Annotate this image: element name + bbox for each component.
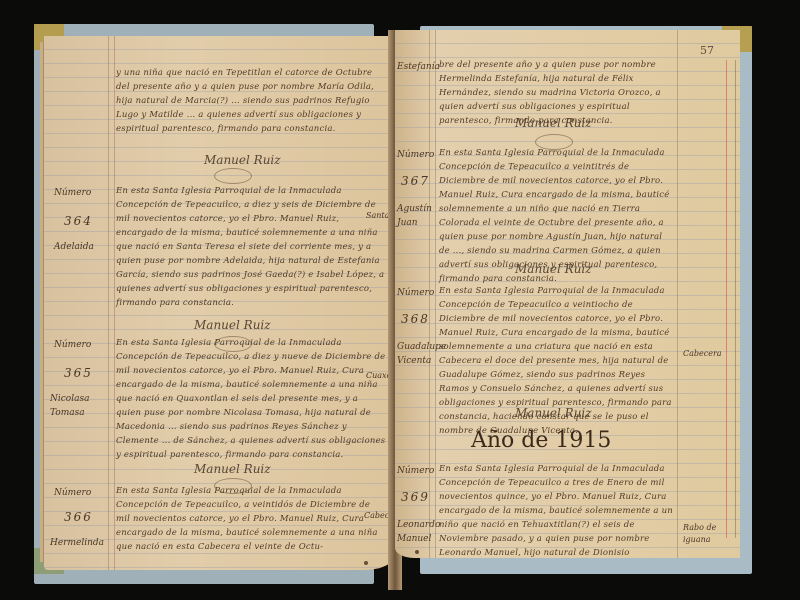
priest-signature: Manuel Ruiz [515,116,592,130]
priest-signature: Manuel Ruiz [194,462,271,476]
margin-rule [435,30,436,558]
baptized-name: Hermelinda [50,536,104,550]
entry-text: En esta Santa Iglesia Parroquial de la I… [116,484,386,554]
entry-number: 365 [64,366,93,380]
priest-signature: Manuel Ruiz [515,262,592,276]
side-note-place: Rabo de iguana [683,522,723,546]
entry-label: Número [397,464,434,478]
priest-signature: Manuel Ruiz [194,318,271,332]
entry-number: 364 [64,214,93,228]
entry-label: Número [54,186,91,200]
entry-label: Número [54,338,91,352]
page-mark [415,550,419,554]
baptized-name: Estefanía [397,60,440,74]
baptized-name: Leonardo Manuel [397,518,431,546]
year-heading: Año de 1915 [471,428,611,453]
page-edge-rule [726,60,736,538]
right-page: 57 Estefanía bre del presente año y a qu… [395,30,740,558]
baptized-name: Nicolasa Tomasa [50,392,108,420]
entry-number: 367 [401,174,430,188]
margin-rule [677,30,678,558]
entry-label: Número [397,286,434,300]
entry-text: En esta Santa Iglesia Parroquial de la I… [116,336,386,462]
entry-label: Número [54,486,91,500]
baptized-name: Guadalupe Vicenta [397,340,431,368]
side-note-place: Cabecera [683,348,722,360]
page-mark [364,561,368,565]
entry-number: 366 [64,510,93,524]
margin-rule [108,36,109,570]
entry-number: 369 [401,490,430,504]
entry-number: 368 [401,312,430,326]
baptized-name: Adelaida [54,240,94,254]
baptized-name: Agustín Juan [397,202,431,230]
entry-label: Número [397,148,434,162]
entry-text: En esta Santa Iglesia Parroquial de la I… [116,184,386,310]
page-number: 57 [700,44,714,57]
signature-flourish [214,168,252,184]
left-page: y una niña que nació en Tepetitlan el ca… [44,36,394,570]
priest-signature: Manuel Ruiz [204,153,281,167]
entry-continuation-text: y una niña que nació en Tepetitlan el ca… [116,66,386,136]
entry-text: En esta Santa Iglesia Parroquial de la I… [439,462,675,558]
priest-signature: Manuel Ruiz [515,406,592,420]
margin-rule [114,36,115,570]
